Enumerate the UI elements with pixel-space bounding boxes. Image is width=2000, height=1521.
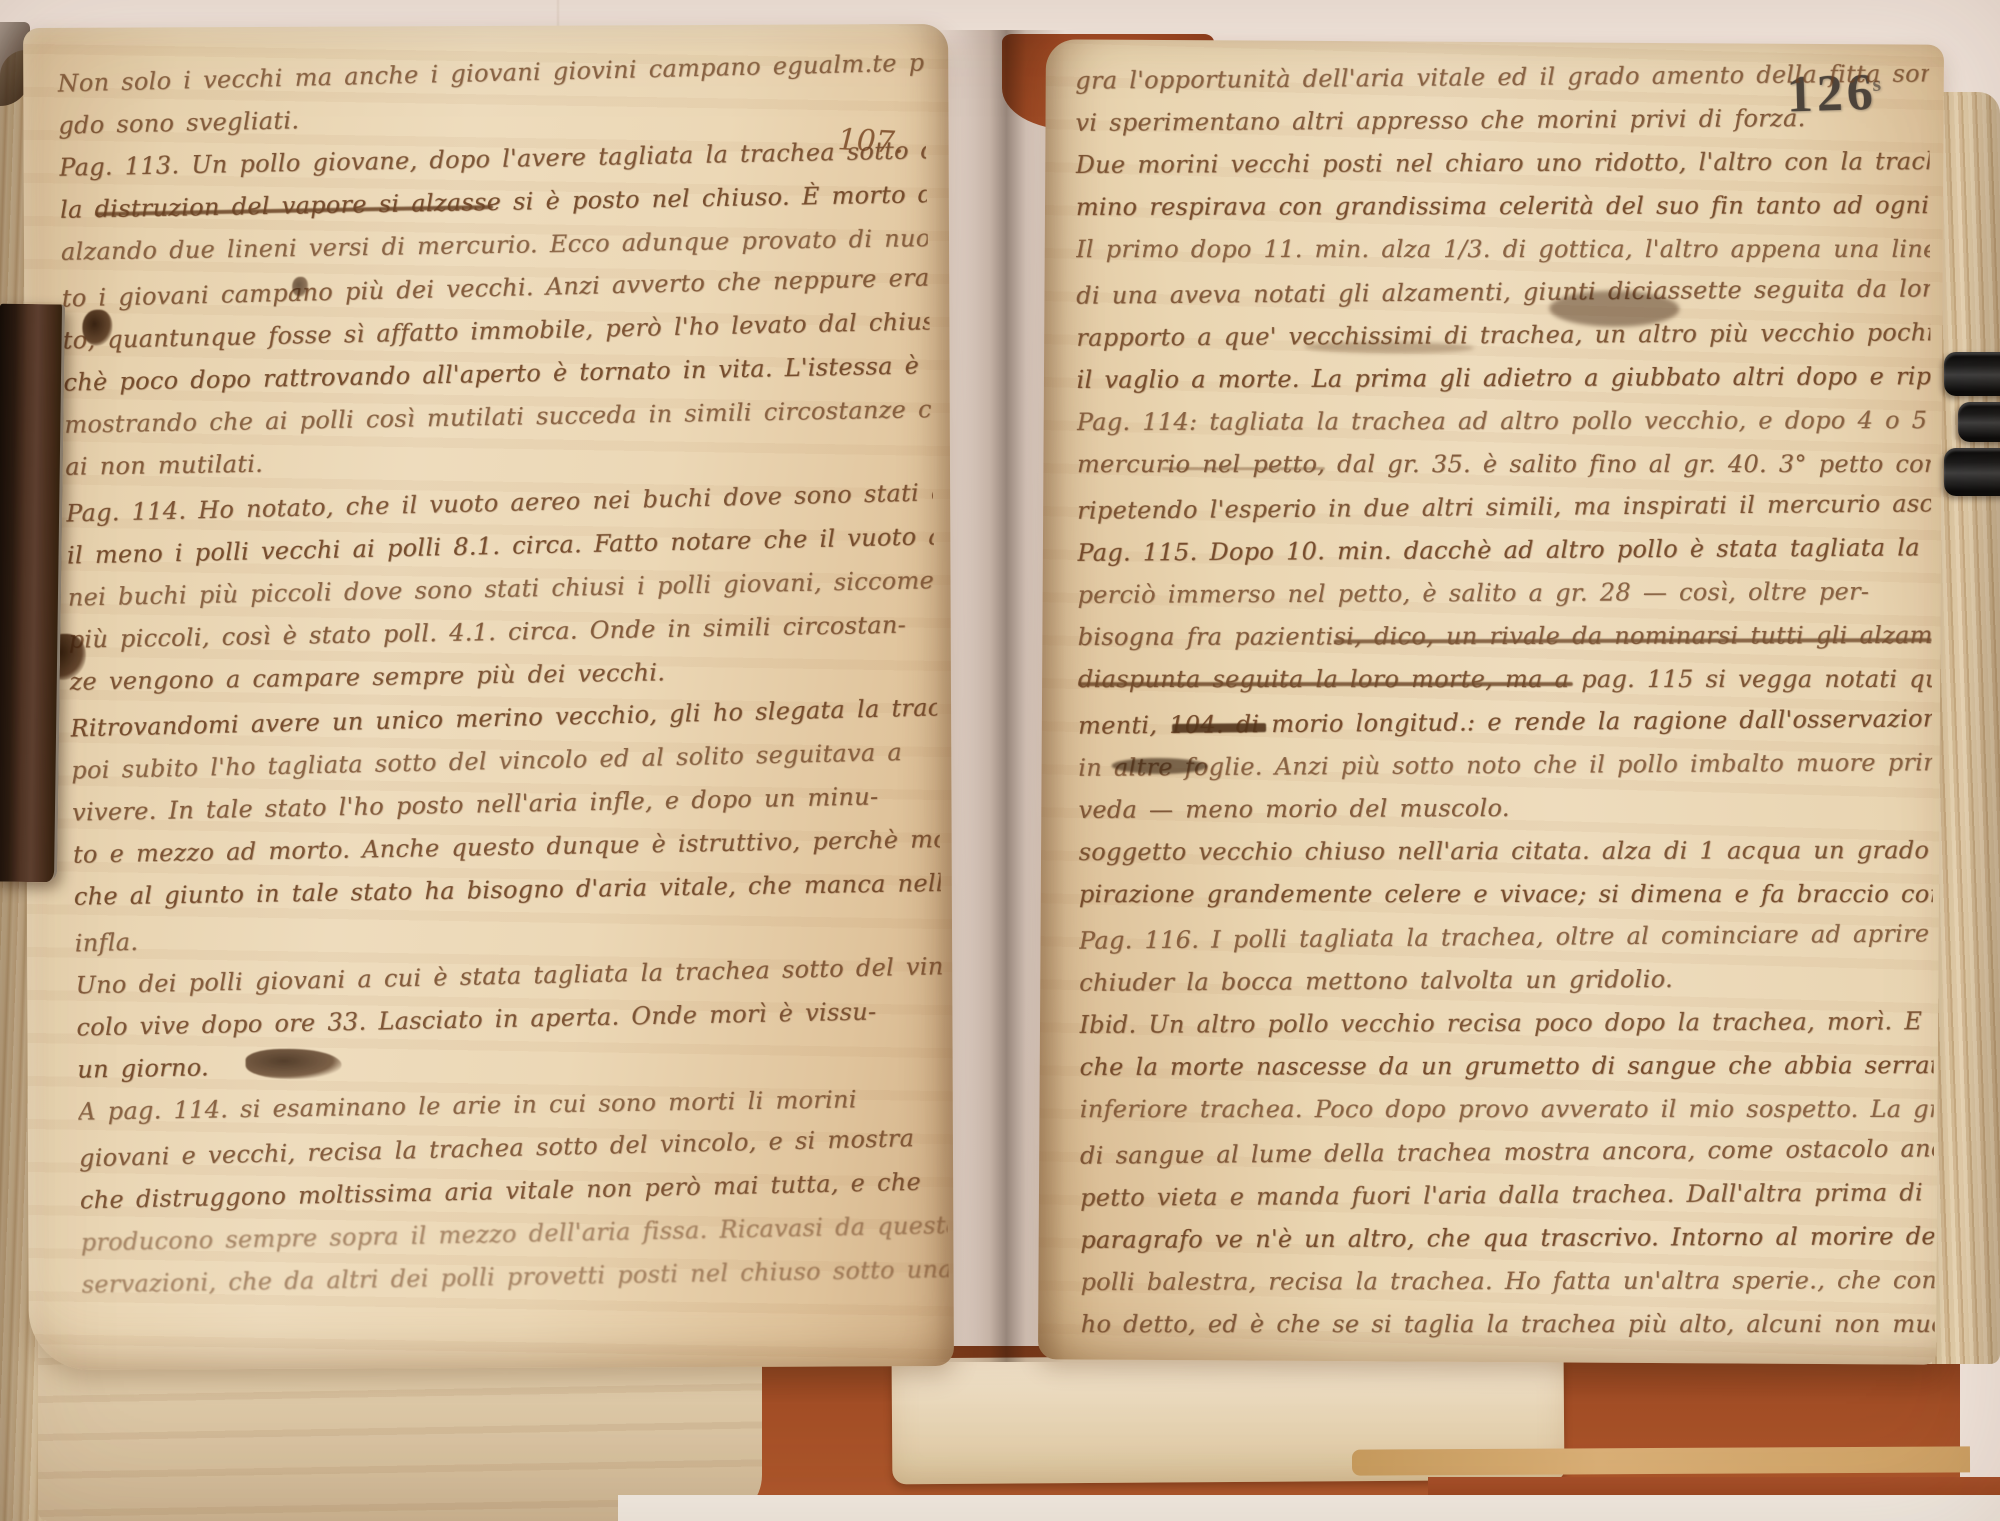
manuscript-line: mino respirava con grandissima celerità … (1076, 184, 1930, 229)
manuscript-line: bisogna fra pazientisi, dico, un rivale … (1078, 614, 1932, 659)
binder-clip-prong (1944, 448, 2000, 496)
manuscript-line: ho detto, ed è che se si taglia la trach… (1081, 1303, 1935, 1346)
manuscript-line: Pag. 115. Dopo 10. min. dacchè ad altro … (1077, 526, 1931, 575)
ink-strike-line (95, 205, 494, 216)
manuscript-line: diaspunta seguita la loro morte, ma a pa… (1078, 658, 1932, 701)
manuscript-line: vi sperimentano altri appresso che morin… (1075, 96, 1929, 145)
manuscript-line: di una aveva notati gli alzamenti, giunt… (1076, 267, 1930, 317)
manuscript-line: chiuder la bocca mettono talvolta un gri… (1079, 956, 1933, 1005)
ink-strike-line (1172, 723, 1266, 733)
manuscript-line: di sangue al lume della trachea mostra a… (1080, 1127, 1934, 1177)
cover-gilt-edge (1352, 1446, 1970, 1475)
manuscript-line: Due morini vecchi posti nel chiaro uno r… (1076, 140, 1930, 187)
manuscript-line: soggetto vecchio chiuso nell'aria citata… (1079, 829, 1933, 874)
binder-clip-prong (1958, 402, 2000, 442)
manuscript-line: rapporto a que' vecchissimi di trachea, … (1076, 311, 1930, 360)
left-page-text: Non solo i vecchi ma anche i giovani gio… (57, 43, 950, 1362)
right-page-text: gra l'opportunità dell'aria vitale ed il… (1075, 54, 1935, 1352)
metal-clamp-left (0, 304, 65, 883)
table-surface (618, 1495, 2000, 1521)
manuscript-line: che la morte nascesse da un grumetto di … (1080, 1044, 1934, 1089)
manuscript-line: gra l'opportunità dell'aria vitale ed il… (1075, 54, 1929, 103)
manuscript-line: perciò immerso nel petto, è salito a gr.… (1077, 570, 1931, 617)
photograph-open-manuscript-book: 107. Non solo i vecchi ma anche i giovan… (0, 0, 2000, 1521)
manuscript-line: ripetendo l'esperio in due altri simili,… (1077, 482, 1931, 532)
ink-strike-line (1078, 682, 1573, 686)
manuscript-line: inferiore trachea. Poco dopo provo avver… (1080, 1088, 1934, 1131)
right-page: 126s gra l'opportunità dell'aria vitale … (1038, 39, 1944, 1364)
left-page: 107. Non solo i vecchi ma anche i giovan… (23, 24, 954, 1370)
ink-strike-line (1162, 467, 1324, 470)
manuscript-line: paragrafo ve n'è un altro, che qua trasc… (1080, 1215, 1934, 1262)
manuscript-line: polli balestra, recisa la trachea. Ho fa… (1080, 1259, 1934, 1304)
ink-strike-line (1334, 638, 1932, 643)
ink-blot (246, 1049, 342, 1079)
manuscript-line: Ibid. Un altro pollo vecchio recisa poco… (1079, 1000, 1933, 1047)
manuscript-line: pirazione grandemente celere e vivace; s… (1079, 873, 1933, 916)
manuscript-line: mercurio nel petto, dal gr. 35. è salito… (1077, 443, 1931, 486)
manuscript-line: petto vieta e manda fuori l'aria dalla t… (1080, 1171, 1934, 1220)
manuscript-line: veda — meno morio del muscolo. (1078, 785, 1932, 832)
manuscript-line: il vaglio a morte. La prima gli adietro … (1076, 355, 1930, 402)
binder-clip-prong (1944, 352, 2000, 396)
manuscript-line: Il primo dopo 11. min. alza 1/3. di gott… (1076, 228, 1930, 271)
manuscript-line: Pag. 114: tagliata la trachea ad altro p… (1077, 399, 1931, 444)
manuscript-line: menti, 104. di morio longitud.: e rende … (1078, 697, 1932, 747)
binder-clip-right (1944, 352, 2000, 502)
manuscript-line: Pag. 116. I polli tagliata la trachea, o… (1079, 912, 1933, 962)
